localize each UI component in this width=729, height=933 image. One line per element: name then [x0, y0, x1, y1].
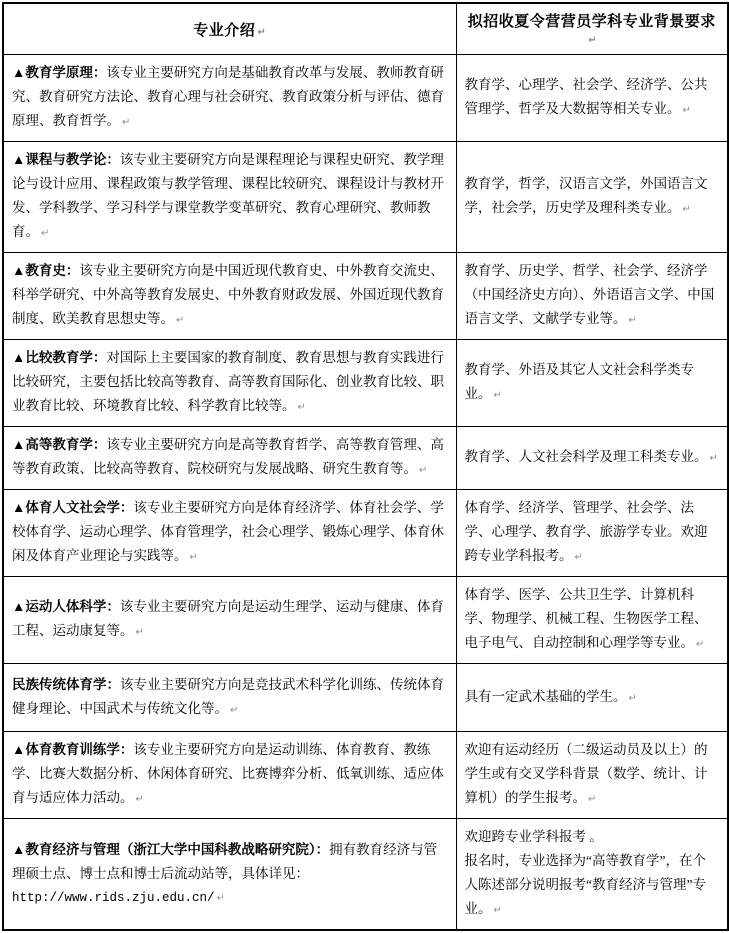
paragraph-mark-icon: ↵ [629, 693, 637, 704]
table-row: 民族传统体育学：该专业主要研究方向是竞技武术科学化训练、传统体育健身理论、中国武… [3, 664, 728, 732]
paragraph-mark-icon: ↵ [575, 552, 583, 563]
major-intro-cell: ▲体育人文社会学：该专业主要研究方向是体育经济学、体育社会学、学校体育学、运动心… [3, 490, 456, 577]
header-major-intro-label: 专业介绍 [193, 23, 255, 39]
requirement-text: 教育学、人文社会科学及理工科类专业。 [465, 449, 708, 464]
major-intro-cell: 民族传统体育学：该专业主要研究方向是竞技武术科学化训练、传统体育健身理论、中国武… [3, 664, 456, 732]
major-title: ▲体育教育训练学： [12, 742, 133, 757]
paragraph-mark-icon: ↵ [136, 794, 144, 805]
major-intro-cell: ▲高等教育学：该专业主要研究方向是高等教育哲学、高等教育管理、高等教育政策、比较… [3, 427, 456, 490]
paragraph-mark-icon: ↵ [217, 893, 225, 904]
major-title: ▲教育学原理： [12, 65, 106, 80]
requirement-cell: 教育学、人文社会科学及理工科类专业。↵ [456, 427, 728, 490]
requirement-cell: 欢迎有运动经历（二级运动员及以上）的学生或有交叉学科背景（数学、统计、计算机）的… [456, 732, 728, 819]
table-row: ▲教育史：该专业主要研究方向是中国近现代教育史、中外教育交流史、科举学研究、中外… [3, 253, 728, 340]
requirement-text: 体育学、经济学、管理学、社会学、法学、心理学、教育学、旅游学专业。欢迎跨专业学科… [465, 500, 708, 563]
major-title: 民族传统体育学： [12, 677, 120, 692]
requirement-cell: 教育学、外语及其它人文社会科学类专业。↵ [456, 340, 728, 427]
major-title: ▲体育人文社会学： [12, 500, 133, 515]
table-row: ▲课程与教学论：该专业主要研究方向是课程理论与课程史研究、教学理论与设计应用、课… [3, 142, 728, 253]
major-title: ▲比较教育学： [12, 350, 106, 365]
requirement-cell: 体育学、经济学、管理学、社会学、法学、心理学、教育学、旅游学专业。欢迎跨专业学科… [456, 490, 728, 577]
paragraph-mark-icon: ↵ [683, 204, 691, 215]
major-title: ▲运动人体科学： [12, 599, 120, 614]
major-intro-cell: ▲运动人体科学：该专业主要研究方向是运动生理学、运动与健康、体育工程、运动康复等… [3, 577, 456, 664]
major-intro-cell: ▲教育史：该专业主要研究方向是中国近现代教育史、中外教育交流史、科举学研究、中外… [3, 253, 456, 340]
programs-table: 专业介绍↵ 拟招收夏令营营员学科专业背景要求↵ ▲教育学原理：该专业主要研究方向… [2, 2, 729, 931]
requirement-cell: 具有一定武术基础的学生。↵ [456, 664, 728, 732]
major-intro-cell: ▲体育教育训练学：该专业主要研究方向是运动训练、体育教育、教练学、比赛大数据分析… [3, 732, 456, 819]
header-major-intro: 专业介绍↵ [3, 3, 456, 55]
requirement-text: 教育学、心理学、社会学、经济学、公共管理学、哲学及大数据等相关专业。 [465, 77, 708, 116]
paragraph-mark-icon: ↵ [494, 390, 502, 401]
requirement-text: 欢迎有运动经历（二级运动员及以上）的学生或有交叉学科背景（数学、统计、计算机）的… [465, 742, 708, 805]
document-page: 专业介绍↵ 拟招收夏令营营员学科专业背景要求↵ ▲教育学原理：该专业主要研究方向… [0, 0, 729, 933]
requirement-text: 教育学，哲学，汉语言文学，外国语言文学，社会学，历史学及理科类专业。 [465, 176, 708, 215]
paragraph-mark-icon: ↵ [494, 905, 502, 916]
major-intro-cell: ▲课程与教学论：该专业主要研究方向是课程理论与课程史研究、教学理论与设计应用、课… [3, 142, 456, 253]
url-text: http://www.rids.zju.edu.cn/ [12, 891, 215, 905]
major-title: ▲教育史： [12, 263, 79, 278]
major-intro-cell: ▲教育学原理：该专业主要研究方向是基础教育改革与发展、教师教育研究、教育研究方法… [3, 55, 456, 142]
major-title: ▲课程与教学论： [12, 152, 120, 167]
requirement-cell: 教育学、心理学、社会学、经济学、公共管理学、哲学及大数据等相关专业。↵ [456, 55, 728, 142]
paragraph-mark-icon: ↵ [230, 705, 238, 716]
table-row: ▲运动人体科学：该专业主要研究方向是运动生理学、运动与健康、体育工程、运动康复等… [3, 577, 728, 664]
header-background-requirement: 拟招收夏令营营员学科专业背景要求↵ [456, 3, 728, 55]
requirement-cell: 体育学、医学、公共卫生学、计算机科学、物理学、机械工程、生物医学工程、电子电气、… [456, 577, 728, 664]
requirement-cell: 教育学，哲学，汉语言文学，外国语言文学，社会学，历史学及理科类专业。↵ [456, 142, 728, 253]
requirement-text: 体育学、医学、公共卫生学、计算机科学、物理学、机械工程、生物医学工程、电子电气、… [465, 587, 708, 650]
paragraph-mark-icon: ↵ [588, 794, 596, 805]
paragraph-mark-icon: ↵ [176, 315, 184, 326]
major-title: ▲教育经济与管理（浙江大学中国科教战略研究院）： [12, 842, 329, 857]
major-intro-cell: ▲比较教育学：对国际上主要国家的教育制度、教育思想与教育实践进行比较研究，主要包… [3, 340, 456, 427]
requirement-text: 欢迎跨专业学科报考 。 [465, 829, 603, 844]
paragraph-mark-icon: ↵ [629, 315, 637, 326]
table-row: ▲教育经济与管理（浙江大学中国科教战略研究院）：拥有教育经济与管理硕士点、博士点… [3, 819, 728, 931]
table-row: ▲比较教育学：对国际上主要国家的教育制度、教育思想与教育实践进行比较研究，主要包… [3, 340, 728, 427]
table-header-row: 专业介绍↵ 拟招收夏令营营员学科专业背景要求↵ [3, 3, 728, 55]
paragraph-mark-icon: ↵ [122, 117, 130, 128]
paragraph-mark-icon: ↵ [683, 105, 691, 116]
paragraph-mark-icon: ↵ [190, 552, 198, 563]
requirement-text: 具有一定武术基础的学生。 [465, 689, 627, 704]
requirement-cell: 教育学、历史学、哲学、社会学、经济学（中国经济史方向）、外语语言文学、中国语言文… [456, 253, 728, 340]
paragraph-mark-icon: ↵ [298, 402, 306, 413]
table-row: ▲体育教育训练学：该专业主要研究方向是运动训练、体育教育、教练学、比赛大数据分析… [3, 732, 728, 819]
requirement-cell: 欢迎跨专业学科报考 。 报名时，专业选择为“高等教育学”，在个人陈述部分说明报考… [456, 819, 728, 931]
table-row: ▲教育学原理：该专业主要研究方向是基础教育改革与发展、教师教育研究、教育研究方法… [3, 55, 728, 142]
paragraph-mark-icon: ↵ [419, 465, 427, 476]
requirement-text: 教育学、历史学、哲学、社会学、经济学（中国经济史方向）、外语语言文学、中国语言文… [465, 263, 715, 326]
table-row: ▲高等教育学：该专业主要研究方向是高等教育哲学、高等教育管理、高等教育政策、比较… [3, 427, 728, 490]
paragraph-mark-icon: ↵ [588, 35, 597, 46]
paragraph-mark-icon: ↵ [257, 27, 266, 38]
paragraph-mark-icon: ↵ [710, 453, 718, 464]
major-title: ▲高等教育学： [12, 437, 106, 452]
major-intro-cell: ▲教育经济与管理（浙江大学中国科教战略研究院）：拥有教育经济与管理硕士点、博士点… [3, 819, 456, 931]
table-row: ▲体育人文社会学：该专业主要研究方向是体育经济学、体育社会学、学校体育学、运动心… [3, 490, 728, 577]
header-background-requirement-label: 拟招收夏令营营员学科专业背景要求 [468, 14, 716, 30]
paragraph-mark-icon: ↵ [41, 228, 49, 239]
paragraph-mark-icon: ↵ [136, 627, 144, 638]
paragraph-mark-icon: ↵ [696, 639, 704, 650]
